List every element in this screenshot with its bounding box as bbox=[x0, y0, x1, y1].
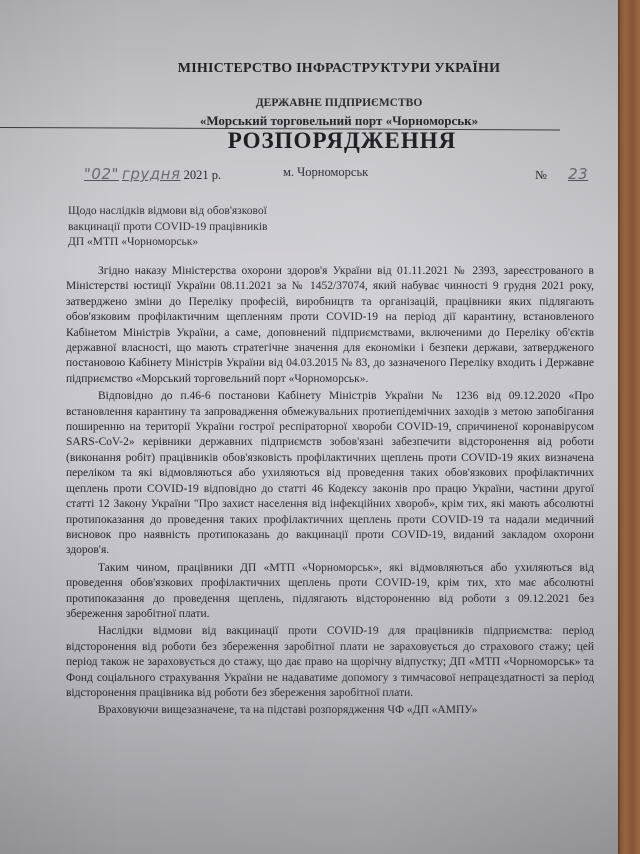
body-paragraph: Згідно наказу Міністерства охорони здоро… bbox=[66, 264, 594, 387]
date-year: 2021 р. bbox=[184, 168, 222, 182]
document-title: РОЗПОРЯДЖЕННЯ bbox=[0, 128, 640, 154]
ministry-heading: МІНІСТЕРСТВО ІНФРАСТРУКТУРИ УКРАЇНИ bbox=[0, 61, 640, 77]
subject-line: вакцинації проти COVID-19 працівників bbox=[68, 220, 267, 236]
subject-line: Щодо наслідків відмови від обов'язкової bbox=[68, 204, 267, 220]
document-date: "02" грудня 2021 р. bbox=[84, 165, 221, 183]
document-body: Згідно наказу Міністерства охорони здоро… bbox=[66, 264, 594, 721]
document-city: м. Чорноморськ bbox=[283, 165, 368, 180]
number-value-handwritten: 23 bbox=[560, 165, 596, 183]
body-paragraph: Таким чином, працівники ДП «МТП «Чорномо… bbox=[66, 561, 594, 623]
number-label: № bbox=[535, 168, 547, 182]
body-paragraph: Відповідно до п.46-6 постанови Кабінету … bbox=[66, 389, 594, 558]
enterprise-type: ДЕРЖАВНЕ ПІДПРИЄМСТВО bbox=[0, 97, 640, 109]
body-paragraph: Враховуючи вищезазначене, та на підставі… bbox=[66, 703, 594, 718]
subject-block: Щодо наслідків відмови від обов'язкової … bbox=[68, 204, 267, 251]
body-paragraph: Наслідки відмови від вакцинації проти CO… bbox=[66, 624, 594, 701]
date-month-handwritten: грудня bbox=[122, 165, 180, 183]
subject-line: ДП «МТП «Чорноморськ» bbox=[68, 235, 267, 251]
date-day-handwritten: "02" bbox=[84, 165, 119, 183]
document-number: № 23 bbox=[535, 165, 596, 183]
document-page: МІНІСТЕРСТВО ІНФРАСТРУКТУРИ УКРАЇНИ ДЕРЖ… bbox=[0, 0, 618, 854]
